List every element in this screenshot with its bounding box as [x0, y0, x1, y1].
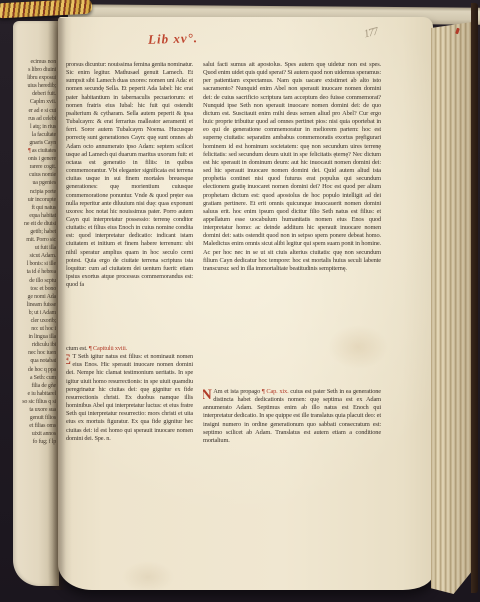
chapter-heading-18: ¶ Capitulū xviii. [89, 345, 127, 352]
left-page-line: no: ut hoc i [13, 325, 56, 333]
left-page-line: filia de gñe [13, 382, 56, 390]
paragraph-end: ctum est. [66, 345, 87, 352]
left-page-line: cler uxorib; [13, 317, 56, 325]
left-page-line: onis i genere [13, 155, 56, 163]
left-page-line: mit. Porro sic [13, 236, 56, 244]
left-page-line: fo fug; f lp [13, 438, 56, 446]
left-page-line: l atq; in rius [13, 123, 56, 131]
left-page-line: ta uxore sua [13, 406, 56, 414]
left-page-line: uius heredib; [13, 82, 56, 90]
left-page-line: la facultate [13, 131, 56, 139]
book-photograph: ecimus nons libro diuinilibru exposuiuiu… [0, 0, 480, 602]
left-page-line: rarere cogit. [13, 163, 56, 171]
left-page-line: ut fuit illa [13, 244, 56, 252]
left-page-line: libru exposui [13, 74, 56, 82]
left-page-line: in lingua illa [13, 333, 56, 341]
rubricated-initial-n: N [203, 388, 212, 402]
cap18-text: T Seth igitur natus est filius: et nomin… [66, 353, 193, 442]
paragraph-cap18-cont: salui facti sumus ait apostolus. Spes au… [203, 61, 381, 388]
chapter-heading-19: ¶ Cap. xix. [262, 388, 289, 395]
right-page: Lib xv°. 177 prorsus dicuntur: nouissima… [58, 17, 433, 590]
left-page-line: cuius nomie [13, 171, 56, 179]
left-page-line: et filias oms [13, 422, 56, 430]
left-page-line: ge nomi Ada [13, 293, 56, 301]
left-page-line: nec hoc iuen [13, 349, 56, 357]
left-page-line: ridiculu ibi [13, 341, 56, 349]
cap19-start: Am et ista propago [213, 388, 262, 395]
paragraph-cap19: NAm et ista propago ¶ Cap. xix. cuius es… [203, 388, 381, 458]
fore-edge-page-stack [431, 22, 472, 594]
text-column-left: prorsus dicuntur: nouissima femina genit… [66, 61, 193, 473]
rubricated-initial-e: E [66, 353, 71, 367]
left-facing-page: ecimus nons libro diuinilibru exposuiuiu… [13, 21, 59, 586]
left-page-line: a Seth: cum [13, 374, 56, 382]
folio-number: 177 [363, 26, 379, 41]
left-page-line: ecimus non [13, 58, 56, 66]
left-page-line: qua notabat [13, 357, 56, 365]
left-page-line: tos: et bono [13, 285, 56, 293]
left-page-line: lineam fuisse [13, 301, 56, 309]
left-page-line: equa habitat [13, 212, 56, 220]
left-page-line: getib; habet [13, 228, 56, 236]
left-page-line: uir incorupte [13, 196, 56, 204]
paragraph-cap17: prorsus dicuntur: nouissima femina genit… [66, 61, 193, 345]
back-cover-edge [471, 3, 478, 593]
left-page-line: gnaris Cayn [13, 139, 56, 147]
cap19-text: cuius est pater Seth in ea generatione d… [203, 388, 381, 444]
left-page-line: de hoc q ppa [13, 366, 56, 374]
left-page-line: so sic filius q si [13, 398, 56, 406]
left-page-line: s libro diuini [13, 66, 56, 74]
left-page-line: e iu habitarel [13, 390, 56, 398]
left-page-line: genuit filios [13, 414, 56, 422]
left-page-line: ¶ as ciuitates [13, 147, 56, 155]
left-page-line: ta id é hebrea [13, 268, 56, 276]
left-page-line: ncipia porte [13, 188, 56, 196]
text-column-right: salui facti sumus ait apostolus. Spes au… [203, 61, 381, 463]
left-page-line: de illo scptu [13, 277, 56, 285]
left-page-line: ne eit de diuisi [13, 220, 56, 228]
left-page-text-fragments: ecimus nons libro diuinilibru exposuiuiu… [13, 58, 56, 447]
paragraph-cap18: ET Seth igitur natus est filius: et nomi… [66, 353, 193, 469]
left-page-line: deberi fuit. [13, 90, 56, 98]
left-page-line: b; ut i Adam [13, 309, 56, 317]
running-header: Lib xv°. [148, 30, 199, 48]
left-page-line: ua pgenies [13, 179, 56, 187]
left-page-line: uixit annos [13, 430, 56, 438]
chapter-heading-line: ctum est. ¶ Capitulū xviii. [66, 345, 193, 353]
left-page-line: l bonis: si ille [13, 260, 56, 268]
left-page-line: Caplm xvii. [13, 98, 56, 106]
left-page-line: sicut Adam. [13, 252, 56, 260]
left-page-line: ft qui natus [13, 204, 56, 212]
left-page-line: rus ad celebi [13, 115, 56, 123]
left-page-line: er ad e si cui [13, 107, 56, 115]
